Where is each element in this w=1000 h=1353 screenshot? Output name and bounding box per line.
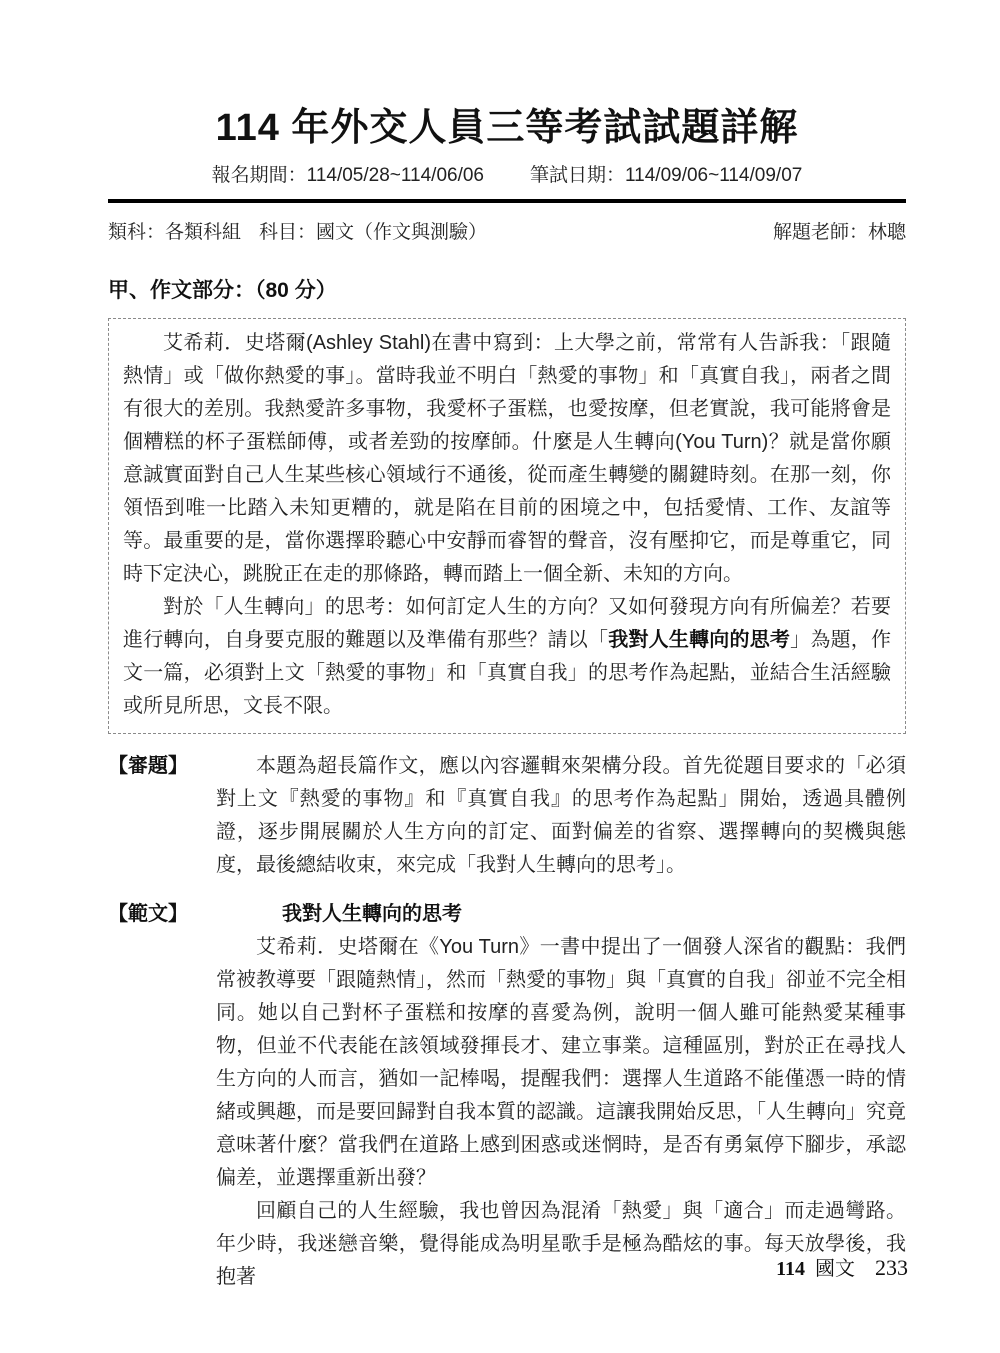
prompt-essay-title-emphasis: 我對人生轉向的思考 — [608, 629, 790, 651]
meta-left: 類科：各類科組 科目：國文（作文與測驗） — [108, 217, 487, 244]
page-title: 114 年外交人員三等考試試題詳解 — [108, 106, 906, 152]
prompt-paragraph-2: 對於「人生轉向」的思考：如何訂定人生的方向？又如何發現方向有所偏差？若要進行轉向… — [123, 591, 891, 723]
page-footer: 114 國文 233 — [776, 1252, 908, 1281]
analysis-block: 【審題】 本題為超長篇作文，應以內容邏輯來架構分段。首先從題目要求的「必須對上文… — [108, 750, 906, 882]
analysis-body: 本題為超長篇作文，應以內容邏輯來架構分段。首先從題目要求的「必須對上文『熱愛的事… — [216, 750, 906, 882]
footer-page-number: 233 — [875, 1255, 908, 1281]
sample-essay-label: 【範文】 — [108, 898, 216, 931]
footer-year: 114 — [776, 1258, 805, 1281]
sample-essay-title: 我對人生轉向的思考 — [282, 898, 906, 931]
analysis-label: 【審題】 — [108, 750, 216, 783]
registration-period: 報名期間：114/05/28~114/06/06 — [212, 160, 484, 187]
category-label: 類科：各類科組 — [108, 217, 241, 244]
written-exam-date: 筆試日期：114/09/06~114/09/07 — [530, 160, 802, 187]
sample-essay-paragraph-1: 艾希莉．史塔爾在《You Turn》一書中提出了一個發人深省的觀點：我們常被教導… — [216, 931, 906, 1195]
meta-row: 類科：各類科組 科目：國文（作文與測驗） 解題老師：林聰 — [108, 217, 906, 244]
exam-dates-row: 報名期間：114/05/28~114/06/06 筆試日期：114/09/06~… — [108, 160, 906, 187]
footer-subject: 國文 — [815, 1252, 855, 1281]
essay-prompt-box: 艾希莉．史塔爾(Ashley Stahl)在書中寫到：上大學之前，常常有人告訴我… — [108, 318, 906, 734]
header-divider — [108, 199, 906, 203]
teacher-label: 解題老師：林聰 — [773, 217, 906, 244]
page-content: 114 年外交人員三等考試試題詳解 報名期間：114/05/28~114/06/… — [108, 0, 906, 1294]
analysis-body-column: 本題為超長篇作文，應以內容邏輯來架構分段。首先從題目要求的「必須對上文『熱愛的事… — [216, 750, 906, 882]
essay-section-heading: 甲、作文部分：（80 分） — [108, 274, 906, 304]
prompt-paragraph-1: 艾希莉．史塔爾(Ashley Stahl)在書中寫到：上大學之前，常常有人告訴我… — [123, 327, 891, 591]
sample-essay-body-column: 我對人生轉向的思考 艾希莉．史塔爾在《You Turn》一書中提出了一個發人深省… — [216, 898, 906, 1294]
sample-essay-block: 【範文】 我對人生轉向的思考 艾希莉．史塔爾在《You Turn》一書中提出了一… — [108, 898, 906, 1294]
document-page: 114 年外交人員三等考試試題詳解 報名期間：114/05/28~114/06/… — [0, 0, 1000, 1353]
subject-label: 科目：國文（作文與測驗） — [259, 217, 487, 244]
